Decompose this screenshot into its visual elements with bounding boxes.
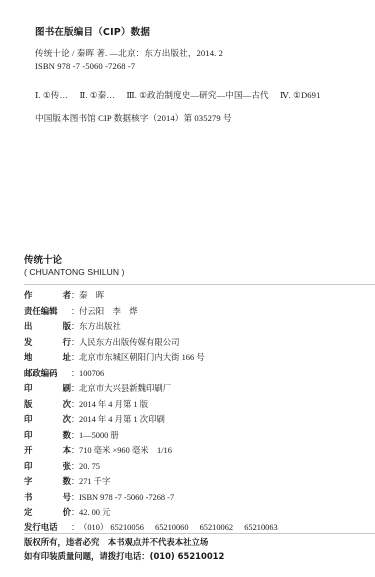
classification-entry: Ⅱ. ①秦… [79,90,115,100]
row-label-part: 次 [63,398,71,410]
row-value: 北京市东城区朝阳门内大街 166 号 [79,351,205,363]
row-label: 印次 [24,413,71,425]
row-colon: ： [71,336,79,348]
row-value: 42. 00 元 [79,506,110,518]
row-label-part: 开 [24,444,32,456]
cip-isbn: ISBN 978 -7 -5060 -7268 -7 [35,61,135,71]
row-label-part: 印 [24,429,32,441]
row-colon: ： [71,413,79,425]
row-label-part: 价 [63,506,71,518]
row-label-part: 刷 [63,382,71,394]
row-colon: ： [71,444,79,456]
row-colon: ： [71,521,79,533]
colophon-row: 作者：秦 晖 [24,289,104,303]
row-label-part: 数 [63,429,71,441]
colophon-row: 责任编辑：付云阳 李 烨 [24,305,138,319]
colophon-row: 开本：710 毫米 ×960 毫米 1/16 [24,444,172,458]
row-label-part: 定 [24,506,32,518]
row-label-part: 版 [63,320,71,332]
row-label-part: 本 [63,444,71,456]
book-title: 传统十论 [24,252,62,266]
colophon-row: 发行：人民东方出版传媒有限公司 [24,336,180,350]
row-label-part: 次 [63,413,71,425]
classification-entry: Ⅲ. ①政治制度史—研究—中国—古代 [126,90,268,100]
row-label: 发行电话 [24,521,71,533]
row-label: 邮政编码 [24,367,71,379]
row-label: 版次 [24,398,71,410]
row-colon: ： [71,305,79,317]
cip-classification: Ⅰ. ①传… Ⅱ. ①秦… Ⅲ. ①政治制度史—研究—中国—古代 Ⅳ. ①D69… [35,89,320,101]
row-colon: ： [71,367,79,379]
divider [24,533,375,534]
row-value: 710 毫米 ×960 毫米 1/16 [79,444,172,456]
cip-citation: 传统十论 / 秦晖 著. —北京：东方出版社，2014. 2 [35,47,223,59]
row-colon: ： [71,398,79,410]
row-colon: ： [71,320,79,332]
row-value: 271 千字 [79,475,110,487]
row-label: 地址 [24,351,71,363]
row-label: 出版 [24,320,71,332]
row-colon: ： [71,429,79,441]
row-value: 20. 75 [79,462,100,471]
row-label-part: 印 [24,413,32,425]
colophon-row: 定价：42. 00 元 [24,506,110,520]
row-label-part: 印 [24,382,32,394]
row-label-part: 书 [24,491,32,503]
row-label: 印张 [24,460,71,472]
colophon-row: 书号：ISBN 978 -7 -5060 -7268 -7 [24,491,174,505]
phone-number: 65210062 [200,523,234,532]
row-label-part: 行 [63,336,71,348]
row-label-part: 地 [24,351,32,363]
row-colon: ： [71,491,79,503]
colophon-row: 印数：1—5000 册 [24,429,119,443]
row-value: 100706 [79,369,104,378]
row-colon: ： [71,506,79,518]
colophon-row: 印张：20. 75 [24,460,100,474]
phone-area-code: （010） [79,523,108,532]
colophon-row: 出版：东方出版社 [24,320,121,334]
row-value: 2014 年 4 月第 1 版 [79,398,148,410]
row-colon: ： [71,475,79,487]
colophon-row: 邮政编码：100706 [24,367,104,381]
book-pinyin-title: ( CHUANTONG SHILUN ) [24,267,125,277]
row-value: 东方出版社 [79,320,121,332]
row-label-part: 责任编辑 [24,305,58,317]
cip-record-number: 中国版本图书馆 CIP 数据核字（2014）第 035279 号 [35,112,232,124]
row-label: 书号 [24,491,71,503]
copyright-notice: 版权所有，违者必究 本书观点并不代表本社立场 [24,536,208,548]
row-value: （010） 65210056 65210060 65210062 6521006… [79,521,278,533]
colophon-row: 版次：2014 年 4 月第 1 版 [24,398,148,412]
row-value: 1—5000 册 [79,429,119,441]
row-label-part: 出 [24,320,32,332]
row-label-part: 邮政编码 [24,367,58,379]
phone-number: 65210063 [244,523,278,532]
row-value: 秦 晖 [79,289,104,301]
row-label: 印刷 [24,382,71,394]
row-value: ISBN 978 -7 -5060 -7268 -7 [79,493,174,502]
row-label-part: 张 [63,460,71,472]
row-label: 开本 [24,444,71,456]
row-colon: ： [71,460,79,472]
row-label: 定价 [24,506,71,518]
row-value: 人民东方出版传媒有限公司 [79,336,180,348]
cip-heading: 图书在版编目（CIP）数据 [35,24,150,38]
row-label: 责任编辑 [24,305,71,317]
row-label: 发行 [24,336,71,348]
colophon-row: 印次：2014 年 4 月第 1 次印刷 [24,413,165,427]
phone-number: 65210056 [110,523,144,532]
row-label-part: 作 [24,289,32,301]
row-colon: ： [71,351,79,363]
row-label-part: 者 [63,289,71,301]
phone-number: 65210060 [155,523,189,532]
colophon-row: 字数：271 千字 [24,475,110,489]
row-label: 字数 [24,475,71,487]
row-label-part: 址 [63,351,71,363]
row-label-part: 号 [63,491,71,503]
quality-notice: 如有印装质量问题，请拨打电话：(010) 65210012 [24,550,224,562]
row-value: 付云阳 李 烨 [79,305,138,317]
classification-entry: Ⅰ. ①传… [35,90,68,100]
divider [24,284,375,285]
row-label: 作者 [24,289,71,301]
row-colon: ： [71,289,79,301]
row-colon: ： [71,382,79,394]
row-label-part: 数 [63,475,71,487]
row-label-part: 版 [24,398,32,410]
classification-entry: Ⅳ. ①D691 [280,90,320,100]
colophon-row: 地址：北京市东城区朝阳门内大街 166 号 [24,351,205,365]
row-value: 2014 年 4 月第 1 次印刷 [79,413,165,425]
colophon-row: 印刷：北京市大兴县新魏印刷厂 [24,382,171,396]
row-label-part: 字 [24,475,32,487]
row-label-part: 发 [24,336,32,348]
row-value: 北京市大兴县新魏印刷厂 [79,382,171,394]
row-label-part: 印 [24,460,32,472]
row-label: 印数 [24,429,71,441]
